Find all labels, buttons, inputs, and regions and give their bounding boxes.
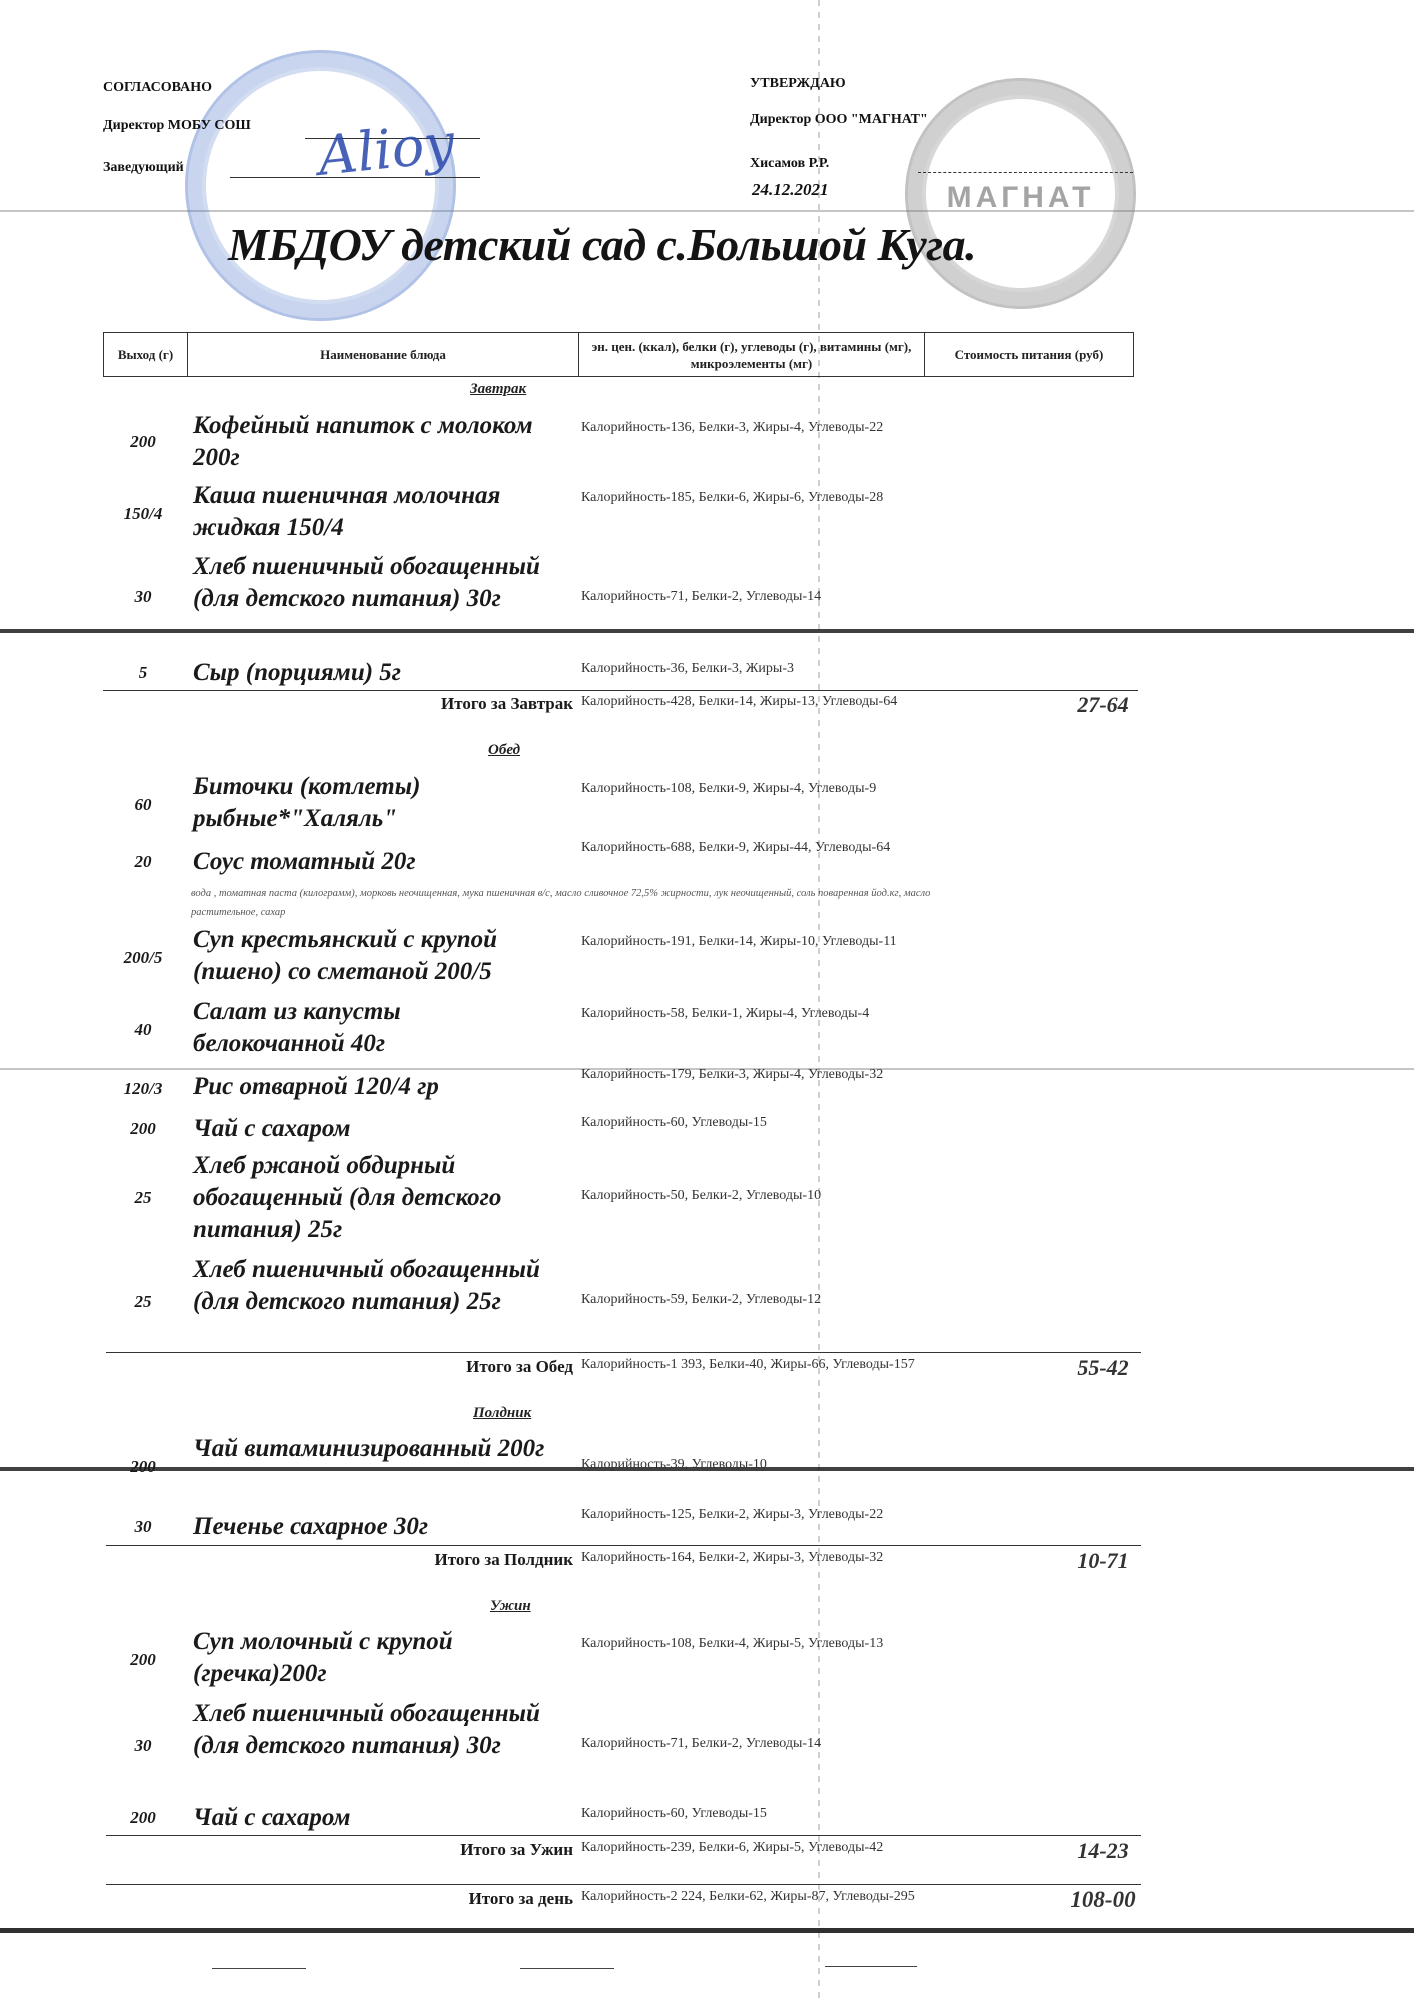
dish-name: Сыр (порциями) 5г bbox=[193, 657, 573, 689]
approval-right-name: Хисамов Р.Р. bbox=[750, 156, 829, 172]
total-label: Итого за Ужин bbox=[460, 1840, 573, 1860]
dish-name: Хлеб пшеничный обогащенный (для детского… bbox=[193, 1254, 553, 1318]
dish-yield: 200 bbox=[103, 1457, 183, 1477]
dish-name: Чай с сахаром bbox=[193, 1802, 573, 1834]
dish-yield: 20 bbox=[103, 852, 183, 872]
dish-yield: 30 bbox=[103, 587, 183, 607]
blank-signature-line bbox=[520, 1968, 614, 1969]
scan-artifact-line bbox=[0, 1928, 1414, 1933]
divider bbox=[106, 1835, 1141, 1836]
dish-nutrition: Калорийность-191, Белки-14, Жиры-10, Угл… bbox=[581, 932, 921, 952]
dish-yield: 120/3 bbox=[103, 1079, 183, 1099]
blank-signature-line bbox=[825, 1966, 917, 1967]
approval-left-role: Заведующий bbox=[103, 160, 184, 176]
dish-nutrition: Калорийность-36, Белки-3, Жиры-3 bbox=[581, 659, 921, 679]
dish-name: Суп крестьянский с крупой (пшено) со сме… bbox=[193, 924, 573, 988]
total-label: Итого за Полдник bbox=[435, 1550, 574, 1570]
stamp-text: МАГНАТ bbox=[908, 181, 1133, 215]
column-header-cost: Стоимость питания (руб) bbox=[925, 333, 1133, 376]
dish-yield: 200/5 bbox=[103, 948, 183, 968]
dish-yield: 25 bbox=[103, 1188, 183, 1208]
section-heading-breakfast: Завтрак bbox=[470, 381, 526, 398]
divider bbox=[103, 690, 1138, 691]
dish-yield: 150/4 bbox=[103, 504, 183, 524]
dish-yield: 40 bbox=[103, 1020, 183, 1040]
divider bbox=[106, 1545, 1141, 1546]
dish-yield: 200 bbox=[103, 1119, 183, 1139]
column-header-dish: Наименование блюда bbox=[188, 333, 579, 376]
total-nutrition: Калорийность-428, Белки-14, Жиры-13, Угл… bbox=[581, 692, 921, 712]
dish-name: Чай с сахаром bbox=[193, 1113, 573, 1145]
organization-stamp-right: МАГНАТ bbox=[905, 78, 1136, 309]
dish-nutrition: Калорийность-50, Белки-2, Углеводы-10 bbox=[581, 1186, 921, 1206]
dish-name: Кофейный напиток с молоком 200г bbox=[193, 410, 573, 474]
section-heading-lunch: Обед bbox=[488, 742, 520, 759]
total-cost: 55-42 bbox=[1003, 1355, 1203, 1381]
column-header-yield: Выход (г) bbox=[104, 333, 188, 376]
dish-nutrition: Калорийность-185, Белки-6, Жиры-6, Углев… bbox=[581, 488, 921, 508]
dish-name: Соус томатный 20г bbox=[193, 846, 573, 878]
approval-date: 24.12.2021 bbox=[752, 180, 829, 200]
divider bbox=[106, 1884, 1141, 1885]
total-label: Итого за Обед bbox=[466, 1357, 573, 1377]
day-total-label: Итого за день bbox=[469, 1889, 573, 1909]
dish-yield: 5 bbox=[103, 663, 183, 683]
dish-yield: 200 bbox=[103, 432, 183, 452]
dish-name: Салат из капусты белокочанной 40г bbox=[193, 996, 493, 1060]
dish-nutrition: Калорийность-136, Белки-3, Жиры-4, Углев… bbox=[581, 418, 921, 438]
dish-yield: 60 bbox=[103, 795, 183, 815]
day-total-nutrition: Калорийность-2 224, Белки-62, Жиры-87, У… bbox=[581, 1887, 921, 1907]
dish-nutrition: Калорийность-60, Углеводы-15 bbox=[581, 1804, 921, 1824]
dish-name: Хлеб ржаной обдирный обогащенный (для де… bbox=[193, 1150, 553, 1246]
dish-name: Хлеб пшеничный обогащенный (для детского… bbox=[193, 551, 553, 615]
dish-nutrition: Калорийность-58, Белки-1, Жиры-4, Углево… bbox=[581, 1004, 921, 1024]
dish-nutrition: Калорийность-60, Углеводы-15 bbox=[581, 1113, 921, 1133]
dish-ingredients: вода , томатная паста (килограмм), морко… bbox=[191, 884, 931, 922]
signature-line bbox=[918, 172, 1133, 173]
total-nutrition: Калорийность-1 393, Белки-40, Жиры-66, У… bbox=[581, 1355, 921, 1375]
dish-nutrition: Калорийность-39, Углеводы-10 bbox=[581, 1455, 921, 1475]
total-label: Итого за Завтрак bbox=[441, 694, 573, 714]
dish-name: Рис отварной 120/4 гр bbox=[193, 1071, 573, 1103]
dish-nutrition: Калорийность-108, Белки-9, Жиры-4, Углев… bbox=[581, 779, 921, 799]
dish-yield: 200 bbox=[103, 1650, 183, 1670]
blank-signature-line bbox=[212, 1968, 306, 1969]
total-cost: 27-64 bbox=[1003, 692, 1203, 718]
dish-name: Биточки (котлеты) рыбные*"Халяль" bbox=[193, 771, 493, 835]
dish-nutrition: Калорийность-179, Белки-3, Жиры-4, Углев… bbox=[581, 1065, 921, 1085]
dish-nutrition: Калорийность-108, Белки-4, Жиры-5, Углев… bbox=[581, 1634, 921, 1654]
menu-table-header: Выход (г) Наименование блюда эн. цен. (к… bbox=[103, 332, 1134, 377]
approval-right-heading: УТВЕРЖДАЮ bbox=[750, 76, 846, 92]
dish-yield: 30 bbox=[103, 1517, 183, 1537]
total-nutrition: Калорийность-239, Белки-6, Жиры-5, Углев… bbox=[581, 1838, 921, 1858]
dish-name: Суп молочный с крупой (гречка)200г bbox=[193, 1626, 573, 1690]
dish-nutrition: Калорийность-71, Белки-2, Углеводы-14 bbox=[581, 1734, 921, 1754]
dish-yield: 25 bbox=[103, 1292, 183, 1312]
dish-yield: 200 bbox=[103, 1808, 183, 1828]
total-nutrition: Калорийность-164, Белки-2, Жиры-3, Углев… bbox=[581, 1548, 921, 1568]
approval-left-position: Директор МОБУ СОШ bbox=[103, 118, 251, 134]
dish-nutrition: Калорийность-59, Белки-2, Углеводы-12 bbox=[581, 1290, 921, 1310]
dish-nutrition: Калорийность-71, Белки-2, Углеводы-14 bbox=[581, 587, 921, 607]
scan-fold-line bbox=[818, 0, 820, 2000]
section-heading-snack: Полдник bbox=[473, 1405, 531, 1422]
dish-yield: 30 bbox=[103, 1736, 183, 1756]
dish-name: Каша пшеничная молочная жидкая 150/4 bbox=[193, 480, 573, 544]
page-title: МБДОУ детский сад с.Большой Куга. bbox=[228, 218, 976, 271]
total-cost: 10-71 bbox=[1003, 1548, 1203, 1574]
section-heading-dinner: Ужин bbox=[490, 1598, 531, 1615]
approval-left-heading: СОГЛАСОВАНО bbox=[103, 80, 212, 96]
column-header-nutrition: эн. цен. (ккал), белки (г), углеводы (г)… bbox=[579, 333, 925, 376]
approval-right-position: Директор ООО "МАГНАТ" bbox=[750, 112, 928, 128]
divider bbox=[106, 1352, 1141, 1353]
day-total-cost: 108-00 bbox=[1003, 1887, 1203, 1913]
dish-name: Хлеб пшеничный обогащенный (для детского… bbox=[193, 1698, 553, 1762]
total-cost: 14-23 bbox=[1003, 1838, 1203, 1864]
scan-artifact-line bbox=[0, 629, 1414, 633]
dish-name: Печенье сахарное 30г bbox=[193, 1511, 573, 1543]
dish-name: Чай витаминизированный 200г bbox=[193, 1433, 553, 1465]
dish-nutrition: Калорийность-688, Белки-9, Жиры-44, Угле… bbox=[581, 838, 921, 858]
dish-nutrition: Калорийность-125, Белки-2, Жиры-3, Углев… bbox=[581, 1505, 921, 1525]
